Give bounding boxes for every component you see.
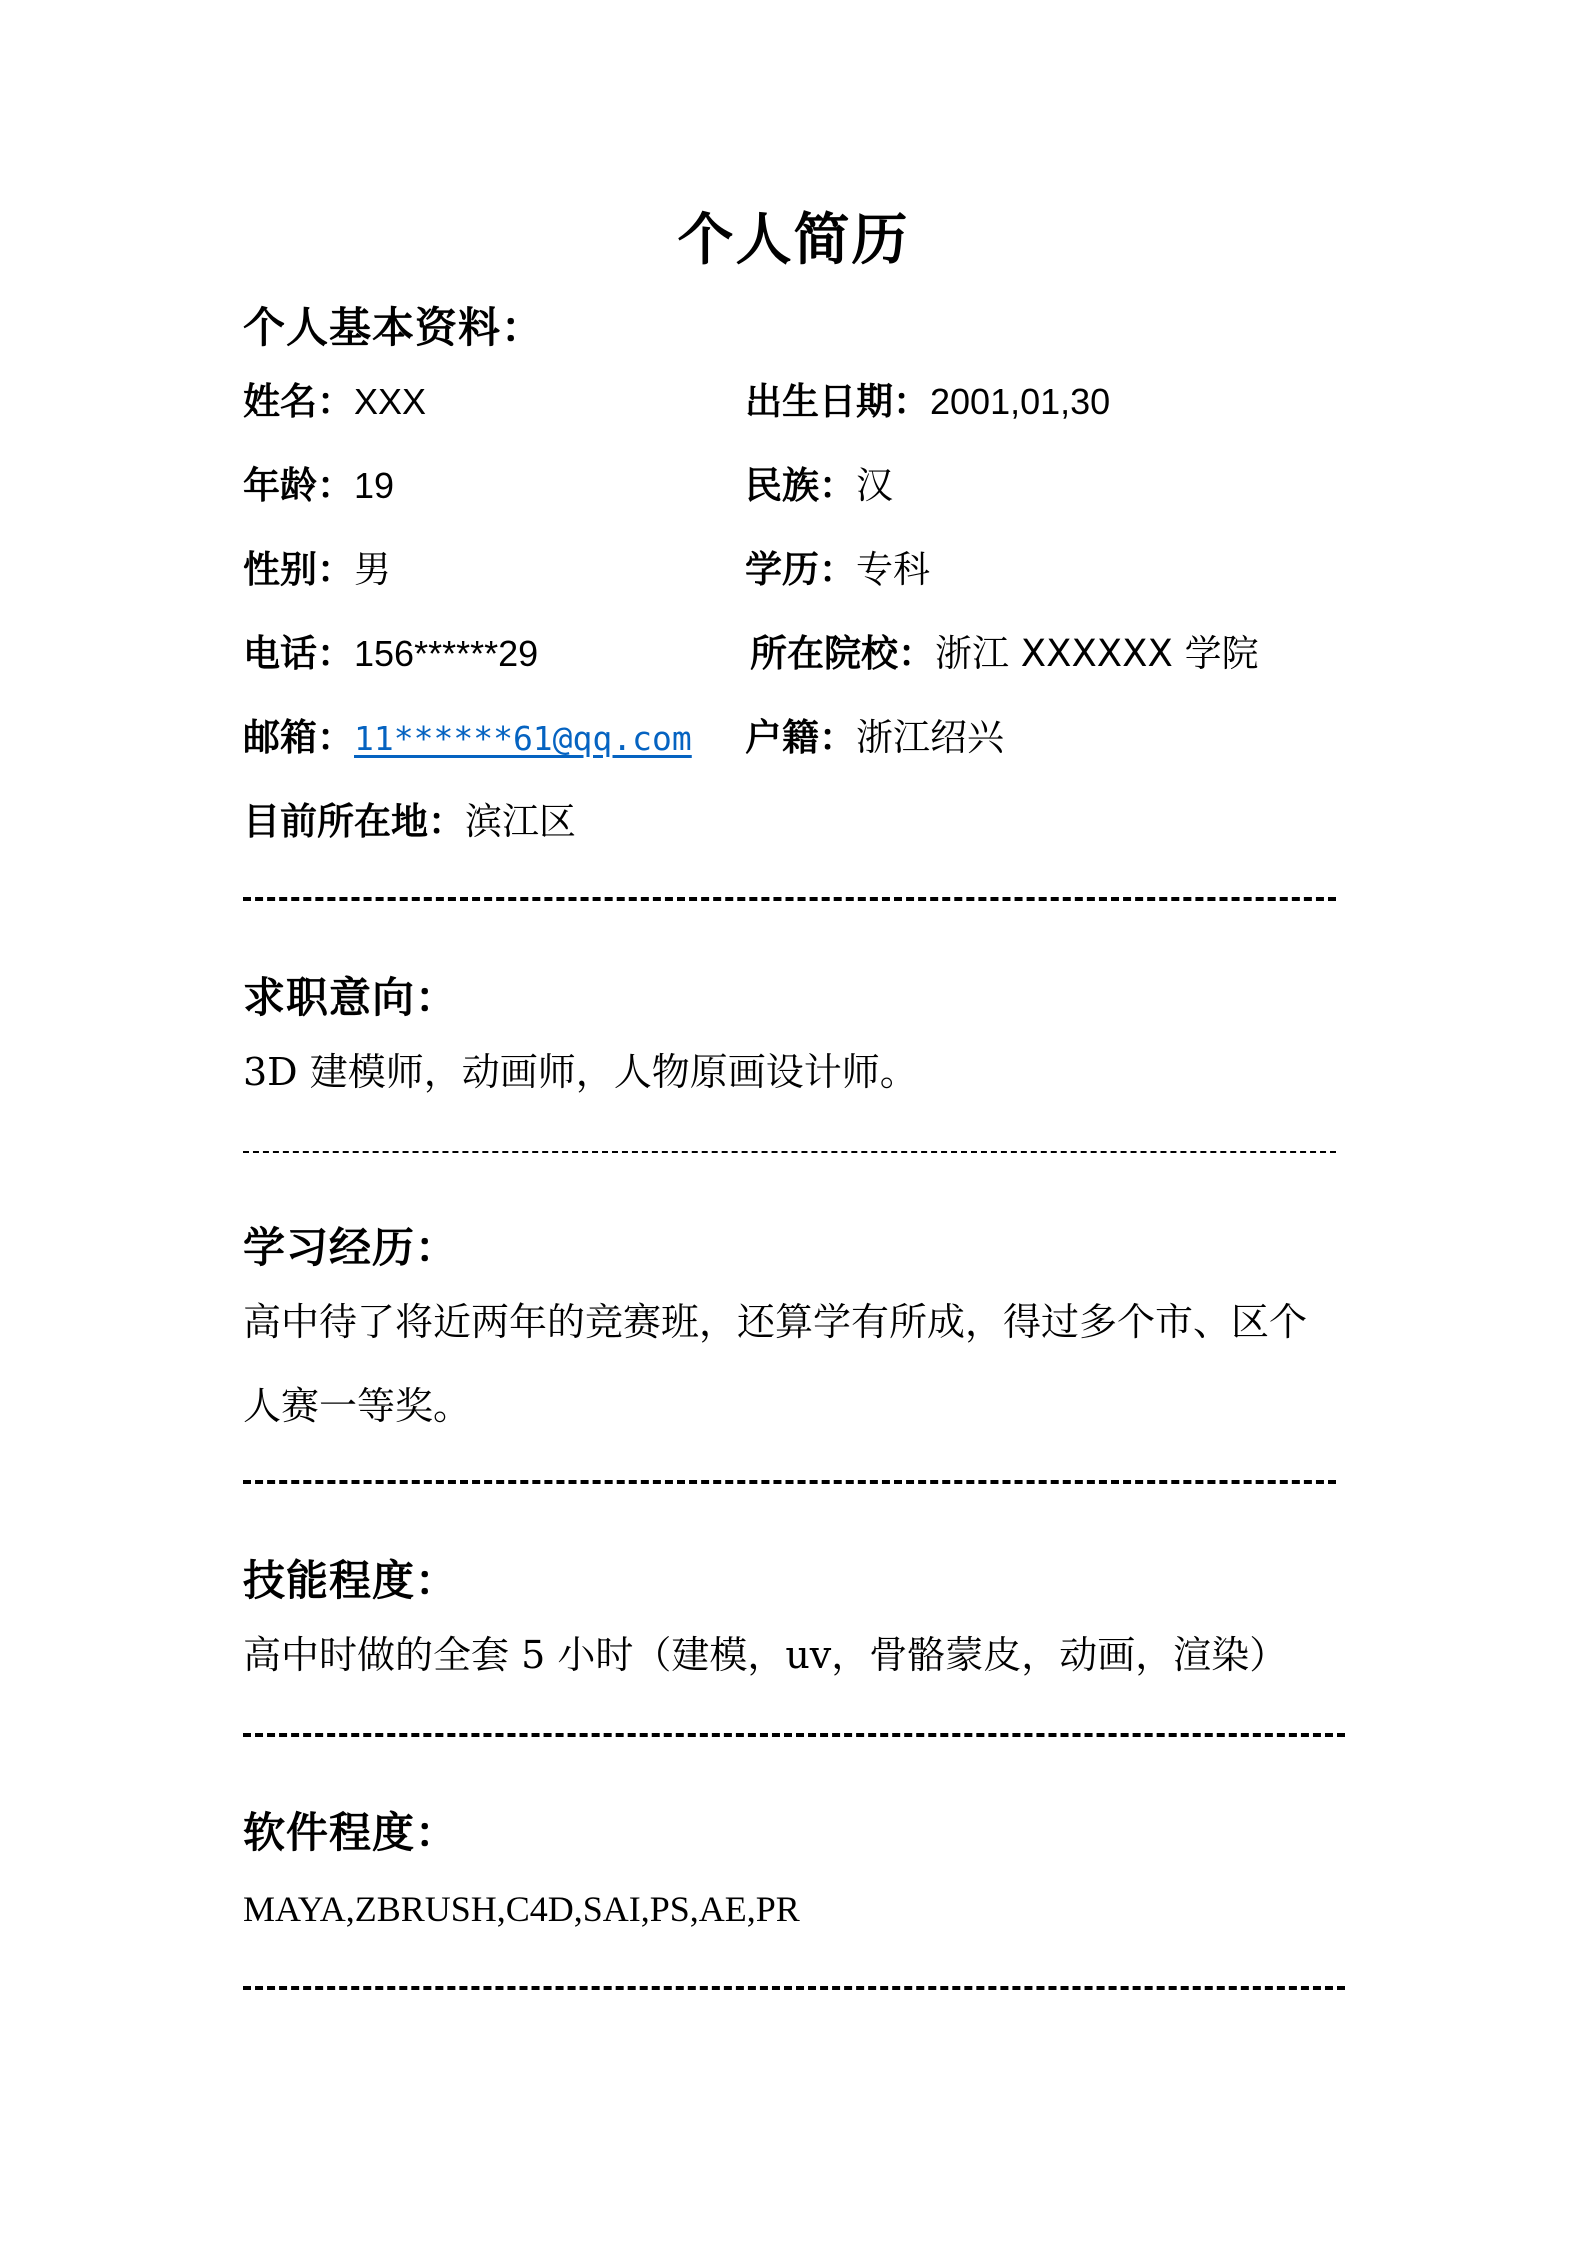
field-location-value: 滨江区 bbox=[465, 800, 576, 843]
field-location-label: 目前所在地： bbox=[243, 800, 465, 843]
field-phone: 电话：156******29 bbox=[243, 632, 538, 676]
field-email: 邮箱：11******61@qq.com bbox=[243, 716, 692, 761]
section-divider bbox=[243, 1986, 1345, 1990]
field-education-label: 学历： bbox=[745, 548, 856, 591]
field-school-value: 浙江 XXXXXX 学院 bbox=[935, 632, 1259, 675]
section-divider bbox=[243, 1733, 1345, 1737]
field-birth-date: 出生日期：2001,01,30 bbox=[745, 380, 1110, 424]
field-birth-date-value: 2001,01,30 bbox=[930, 381, 1110, 422]
skills-text: 高中时做的全套 5 小时（建模，uv，骨骼蒙皮，动画，渲染） bbox=[243, 1633, 1287, 1677]
section-heading-study: 学习经历： bbox=[243, 1215, 458, 1275]
section-heading-software: 软件程度： bbox=[243, 1800, 458, 1860]
section-divider bbox=[243, 1480, 1336, 1484]
field-birth-date-label: 出生日期： bbox=[745, 380, 930, 423]
field-age: 年龄：19 bbox=[243, 464, 394, 508]
field-ethnicity: 民族：汉 bbox=[745, 464, 893, 508]
job-intent-text: 3D 建模师，动画师，人物原画设计师。 bbox=[243, 1050, 918, 1094]
section-heading-basic-info: 个人基本资料： bbox=[243, 295, 544, 355]
field-phone-label: 电话： bbox=[243, 632, 354, 675]
software-text: MAYA,ZBRUSH,C4D,SAI,PS,AE,PR bbox=[243, 1888, 800, 1930]
study-text-line-2: 人赛一等奖。 bbox=[243, 1384, 471, 1428]
field-education-value: 专科 bbox=[856, 548, 930, 591]
field-education: 学历：专科 bbox=[745, 548, 930, 592]
field-school-label: 所在院校： bbox=[750, 632, 935, 675]
field-gender-value: 男 bbox=[354, 548, 391, 591]
field-hukou-value: 浙江绍兴 bbox=[856, 716, 1004, 759]
field-gender-label: 性别： bbox=[243, 548, 354, 591]
section-divider bbox=[243, 1151, 1336, 1153]
study-text-line-1: 高中待了将近两年的竞赛班，还算学有所成，得过多个市、区个 bbox=[243, 1300, 1307, 1344]
field-age-label: 年龄： bbox=[243, 464, 354, 507]
section-heading-skills: 技能程度： bbox=[243, 1548, 458, 1608]
section-divider bbox=[243, 897, 1336, 901]
field-email-label: 邮箱： bbox=[243, 716, 354, 759]
field-school: 所在院校：浙江 XXXXXX 学院 bbox=[750, 632, 1259, 676]
field-hukou-label: 户籍： bbox=[745, 716, 856, 759]
field-gender: 性别：男 bbox=[243, 548, 391, 592]
field-ethnicity-value: 汉 bbox=[856, 464, 893, 507]
resume-title: 个人简历 bbox=[0, 196, 1587, 276]
email-link[interactable]: 11******61@qq.com bbox=[354, 719, 692, 758]
field-name-value: XXX bbox=[354, 381, 426, 422]
field-age-value: 19 bbox=[354, 465, 394, 506]
field-phone-value: 156******29 bbox=[354, 633, 538, 674]
section-heading-job-intent: 求职意向： bbox=[243, 965, 458, 1025]
field-name: 姓名：XXX bbox=[243, 380, 426, 424]
field-hukou: 户籍：浙江绍兴 bbox=[745, 716, 1004, 760]
field-location: 目前所在地：滨江区 bbox=[243, 800, 576, 844]
field-ethnicity-label: 民族： bbox=[745, 464, 856, 507]
field-name-label: 姓名： bbox=[243, 380, 354, 423]
